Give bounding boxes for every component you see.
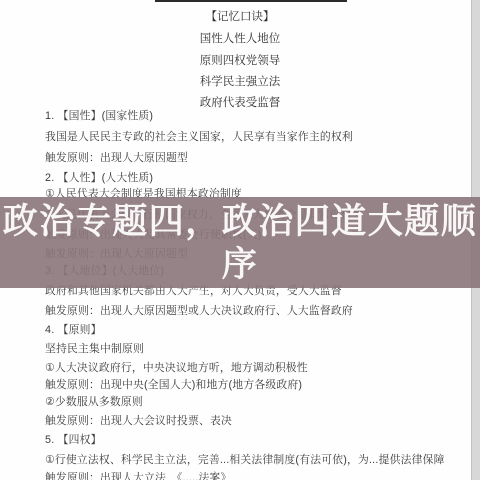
mnemonic-line: 原则四权党领导: [0, 52, 480, 68]
note-line: 我国是人民民主专政的社会主义国家，人民享有当家作主的权利: [45, 129, 353, 144]
mnemonic-line: 科学民主强立法: [0, 73, 480, 89]
trigger-line: 触发原则：出现人大会议时投票、表决: [45, 413, 232, 428]
section-heading: 4. 【原则】: [45, 322, 102, 337]
mnemonic-line: 国性人性人地位: [0, 30, 480, 46]
trigger-line: 触发原则：出现中央(全国人大)和地方(地方各级政府): [45, 377, 302, 392]
note-line: ①人大决议政府行，中央决议地方听，地方调动积极性: [45, 360, 308, 375]
section-heading: 2. 【人性】(人大性质): [45, 170, 153, 185]
note-line: 坚持民主集中制原则: [45, 341, 144, 356]
section-heading: 5. 【四权】: [45, 432, 102, 447]
trigger-line: 触发原则：出现人大立法，《.....法案》: [45, 470, 232, 480]
title-overlay-banner: 政治专题四，政治四道大题顺 序: [0, 197, 480, 288]
overlay-title-line2: 序: [222, 243, 259, 286]
trigger-line: 触发原则：出现人大原因题型: [45, 150, 188, 165]
mnemonic-title: 【记忆口诀】: [0, 8, 480, 24]
section-heading: 1. 【国性】(国家性质): [45, 108, 153, 123]
top-cropped-bar: [155, 0, 347, 2]
overlay-title-line1: 政治专题四，政治四道大题顺: [3, 200, 478, 243]
document-page: 【记忆口诀】 国性人性人地位 原则四权党领导 科学民主强立法 政府代表受监督 1…: [0, 0, 480, 480]
note-line: ①行使立法权、科学民主立法，完善...相关法律制度(有法可依)，为...提供法律…: [45, 452, 445, 467]
note-line: ②少数服从多数原则: [45, 394, 143, 409]
trigger-line: 触发原则：出现人大原因题型或人大决议政府行、人大监督政府: [45, 303, 353, 318]
